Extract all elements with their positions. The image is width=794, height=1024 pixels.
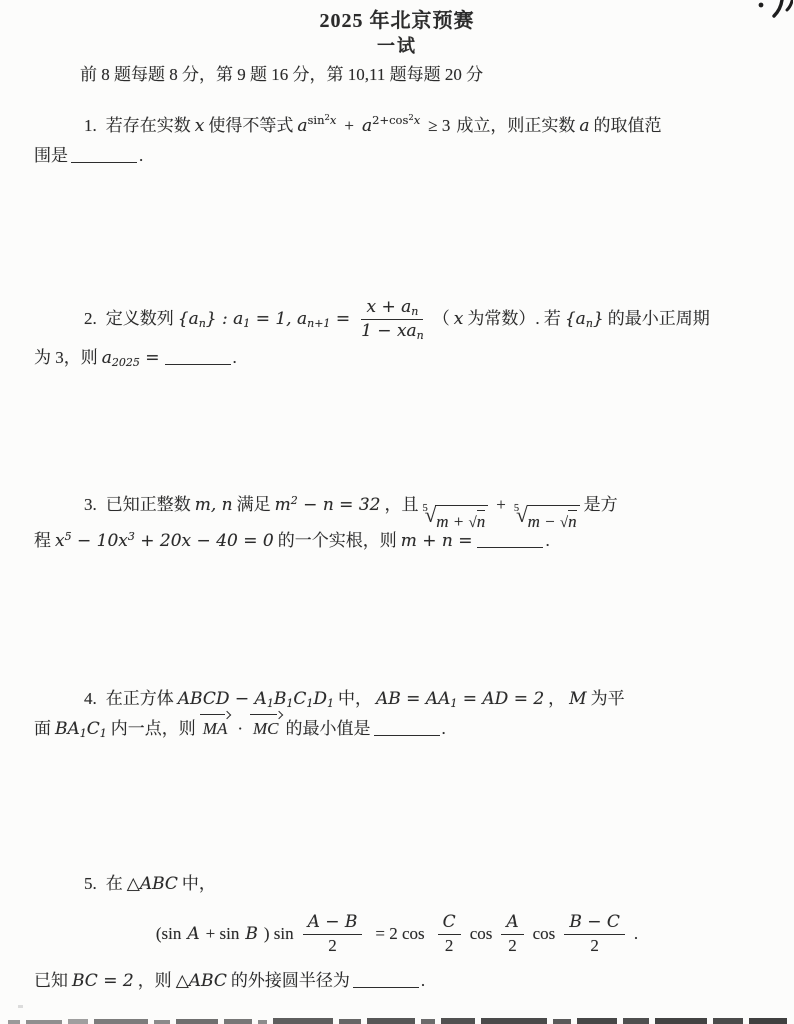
text-segment: 若存在实数: [106, 116, 191, 135]
triangle-label: △ABC: [176, 971, 227, 991]
fraction-numerator: A: [501, 912, 523, 934]
fraction-denominator: 2: [445, 935, 454, 956]
page-edge-artifact: [8, 1017, 794, 1024]
fraction: x + an1 − xan: [358, 297, 427, 342]
text-segment: 定义数列: [106, 309, 174, 328]
text-segment: 已知: [34, 971, 68, 990]
cube-label: ABCD − A1B1C1D1: [178, 689, 334, 709]
text-segment: 为常数）. 若: [467, 309, 561, 328]
fraction-denominator: 2: [590, 935, 599, 956]
period: .: [233, 348, 237, 367]
scoring-note: 前 8 题每题 8 分，第 9 题 16 分，第 10,11 题每题 20 分: [80, 62, 483, 88]
question-3-line-2: 程x5 − 10x3 + 20x − 40 = 0的一个实根，则m + n =.: [33, 528, 550, 555]
math-power: a2+cos2x: [362, 116, 420, 136]
math-variable: x: [195, 116, 205, 136]
text-segment: ，则: [138, 971, 172, 990]
equation-segment: cos: [533, 924, 556, 944]
text-segment: 程: [34, 531, 51, 550]
text-segment: 中，: [182, 874, 216, 893]
text-segment: 在正方体: [106, 689, 174, 708]
exam-page: 2025 年北京预赛 一试 前 8 题每题 8 分，第 9 题 16 分，第 1…: [0, 0, 794, 1024]
text-segment: 已知正整数: [106, 495, 191, 514]
equation-segment: (sin: [156, 924, 182, 944]
question-5-line-1: 5.在△ABC中，: [84, 871, 217, 898]
period: .: [139, 146, 143, 165]
math-variable: a: [579, 116, 589, 136]
question-5-display-equation: (sinA+ sinB) sinA − B2= 2 cosC2cosA2cosB…: [0, 906, 794, 962]
text-segment: 满足: [237, 495, 271, 514]
page-title: 2025 年北京预赛: [0, 4, 794, 33]
text-segment: 为平: [591, 689, 625, 708]
question-2-line-1: 2.定义数列{an} : a1 = 1, an+1 =x + an1 − xan…: [84, 297, 711, 342]
text-segment: ，且: [384, 495, 418, 514]
text-segment: 成立，则正实数: [456, 116, 575, 135]
polynomial-equation: x5 − 10x3 + 20x − 40 = 0: [55, 531, 274, 551]
math-variable: M: [569, 689, 586, 709]
text-segment: 为 3，则: [34, 348, 98, 367]
edge-equation: AB = AA1 = AD = 2: [376, 689, 544, 709]
equation-segment: + sin: [206, 924, 240, 944]
text-segment: 面: [34, 719, 51, 738]
text-segment: 使得不等式: [208, 116, 293, 135]
fraction: B − C2: [561, 912, 628, 956]
text-segment: 的最小值是: [286, 719, 371, 738]
question-number: 4.: [84, 689, 97, 708]
math-operator: +: [496, 495, 506, 514]
vector-MA: MA: [201, 719, 230, 738]
text-segment: 围是: [34, 146, 68, 165]
math-variables: m, n: [195, 495, 233, 515]
answer-blank: [165, 347, 231, 365]
fraction-denominator: 1 − xan: [361, 320, 424, 342]
page-subtitle: 一试: [0, 32, 794, 58]
fraction: A − B2: [300, 912, 366, 956]
text-segment: 是方: [584, 495, 618, 514]
question-2-line-2: 为 3，则a2025 =.: [33, 345, 237, 372]
fraction-numerator: C: [438, 912, 461, 934]
fraction-numerator: B − C: [564, 912, 625, 934]
period: .: [545, 531, 549, 550]
fraction-denominator: 2: [508, 935, 517, 956]
sequence-symbol: {an}: [565, 309, 604, 329]
text-segment: 在: [106, 874, 123, 893]
vector-MC: MC: [251, 719, 281, 738]
fraction: A2: [498, 912, 526, 956]
sequence-term: a2025 =: [102, 348, 160, 368]
question-4-line-1: 4.在正方体ABCD − A1B1C1D1中，AB = AA1 = AD = 2…: [84, 686, 626, 713]
period: .: [634, 924, 638, 944]
period: .: [442, 719, 446, 738]
answer-blank: [374, 718, 440, 736]
text-segment: 的最小正周期: [608, 309, 710, 328]
answer-blank: [353, 970, 419, 988]
question-1-line-2: 围是.: [33, 143, 143, 169]
plane-label: BA1C1: [55, 719, 107, 739]
fraction: C2: [435, 912, 464, 956]
text-segment: 的外接圆半径为: [231, 971, 350, 990]
dot-product-operator: ·: [237, 719, 243, 738]
math-equation: BC = 2: [72, 971, 134, 991]
question-number: 5.: [84, 874, 97, 893]
math-variable: x: [454, 309, 464, 329]
text-segment: ，: [548, 689, 565, 708]
text-segment: 的取值范: [594, 116, 662, 135]
question-4-line-2: 面BA1C1内一点，则MA·MC的最小值是.: [33, 716, 446, 743]
text-segment: （: [433, 309, 450, 328]
fraction-numerator: A − B: [303, 912, 363, 934]
equation-segment: ) sin: [264, 924, 294, 944]
fraction-numerator: x + an: [361, 297, 423, 320]
math-equation: m2 − n = 32: [275, 495, 381, 515]
question-5-line-3: 已知BC = 2，则△ABC的外接圆半径为.: [33, 968, 425, 995]
math-power: asin2x: [297, 116, 336, 136]
question-1-line-1: 1.若存在实数x使得不等式asin2x+a2+cos2x≥ 3成立，则正实数a的…: [84, 112, 663, 140]
question-number: 3.: [84, 495, 97, 514]
math-expression: m + n =: [401, 531, 473, 551]
sequence-definition: {an} : a1 = 1, an+1 =: [178, 309, 350, 329]
triangle-label: △ABC: [127, 874, 178, 894]
equation-segment: A: [187, 924, 199, 944]
equation-segment: B: [245, 924, 258, 944]
question-number: 1.: [84, 116, 97, 135]
question-number: 2.: [84, 309, 97, 328]
math-operator: +: [344, 116, 354, 135]
fraction-denominator: 2: [328, 935, 337, 956]
period: .: [421, 971, 425, 990]
equation-segment: = 2 cos: [375, 924, 424, 944]
text-segment: 中，: [338, 689, 372, 708]
answer-blank: [71, 145, 137, 163]
math-relation: ≥ 3: [428, 116, 450, 135]
text-segment: 的一个实根，则: [278, 531, 397, 550]
scan-speck: [18, 1005, 23, 1008]
answer-blank: [477, 530, 543, 548]
equation-segment: cos: [470, 924, 493, 944]
text-segment: 内一点，则: [111, 719, 196, 738]
